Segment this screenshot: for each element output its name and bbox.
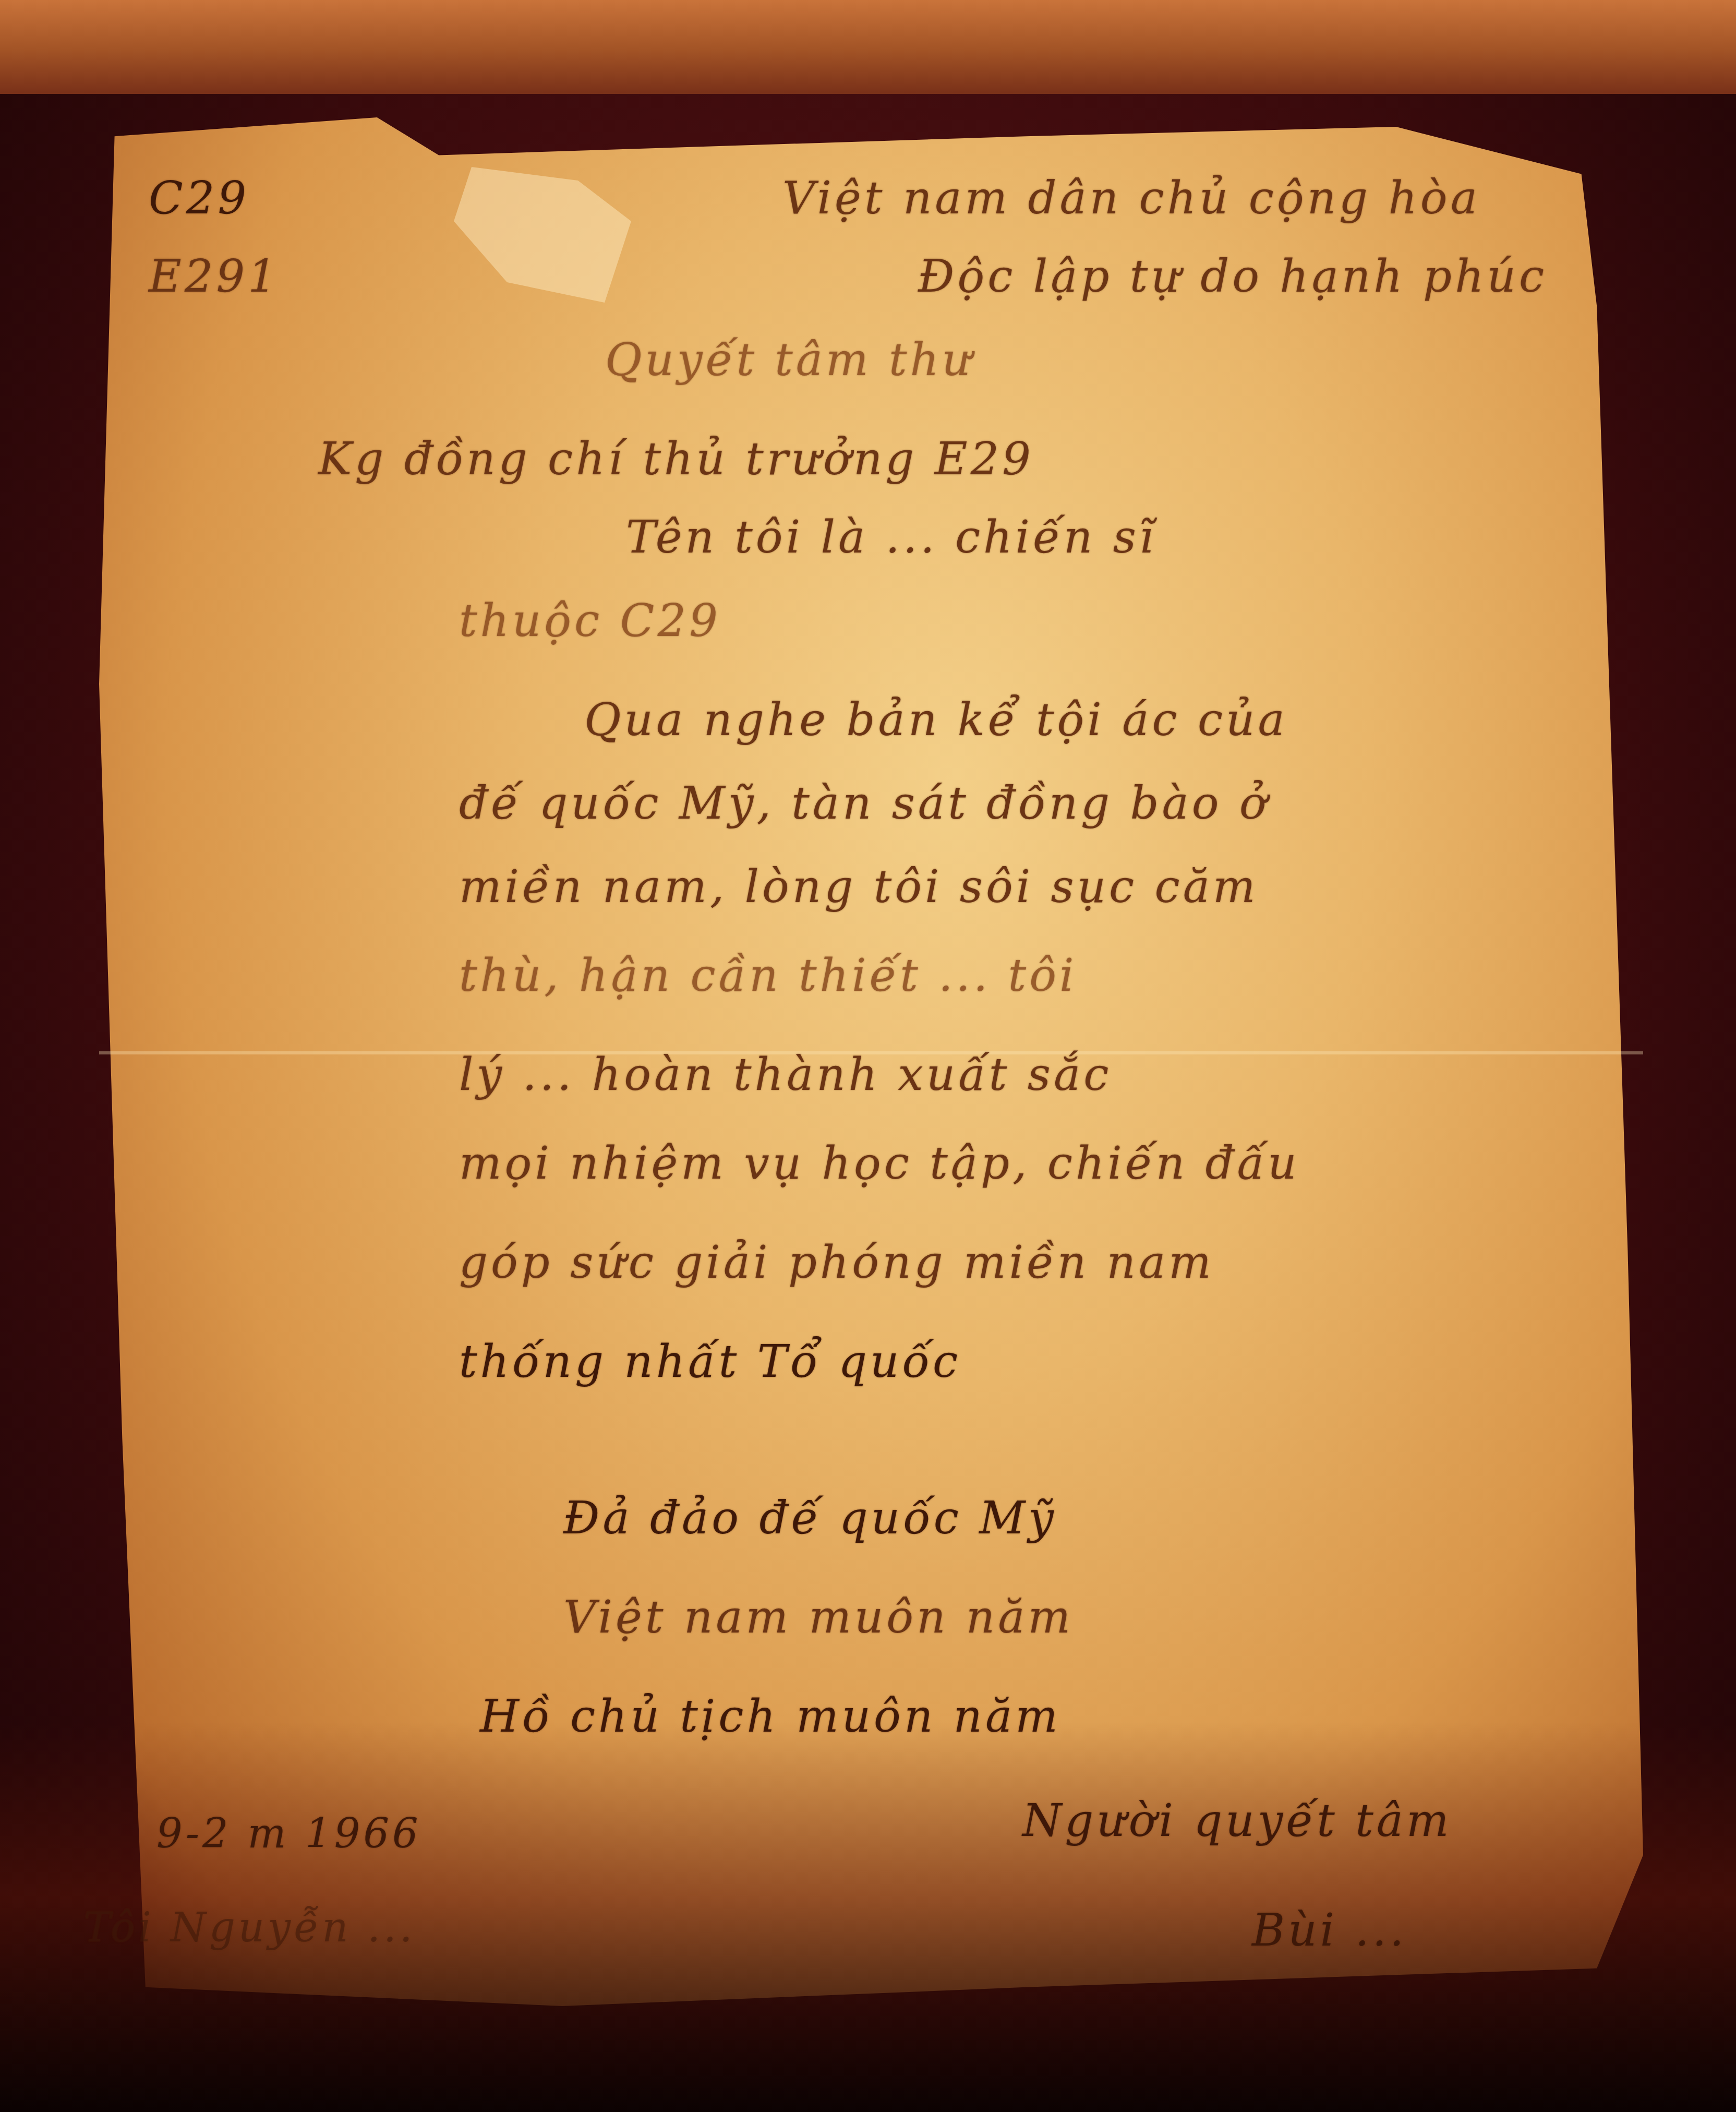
body-line: miền nam, lòng tôi sôi sục căm [459,861,1259,913]
salutation: Kg đồng chí thủ trưởng E29 [318,433,1034,485]
header-line-2: Độc lập tự do hạnh phúc [918,250,1547,303]
footer-line: Tôi Nguyễn ... [83,1904,416,1951]
slogan: Đả đảo đế quốc Mỹ [563,1492,1057,1544]
body-line: thống nhất Tổ quốc [459,1336,961,1388]
top-frame-band [0,0,1736,110]
closing-line: Người quyết tâm [1022,1795,1452,1847]
body-line: thù, hận cần thiết ... tôi [459,950,1077,1002]
letter-title: Quyết tâm thư [605,334,974,386]
signature: Bùi ... [1252,1904,1407,1957]
body-line: thuộc C29 [459,595,721,647]
letter-date: 9-2 m 1966 [156,1810,421,1857]
header-line-1: Việt nam dân chủ cộng hòa [782,172,1480,224]
body-line: góp sức giải phóng miền nam [459,1237,1214,1289]
body-line: mọi nhiệm vụ học tập, chiến đấu [459,1137,1300,1190]
margin-code-regiment: E291 [149,250,280,303]
body-line: Tên tôi là ... chiến sĩ [626,511,1156,563]
slogan: Việt nam muôn năm [563,1591,1074,1643]
body-line: đế quốc Mỹ, tàn sát đồng bào ở [459,777,1270,830]
body-line: lý ... hoàn thành xuất sắc [459,1049,1112,1101]
body-line: Qua nghe bản kể tội ác của [584,694,1288,746]
margin-code-unit: C29 [149,172,249,224]
